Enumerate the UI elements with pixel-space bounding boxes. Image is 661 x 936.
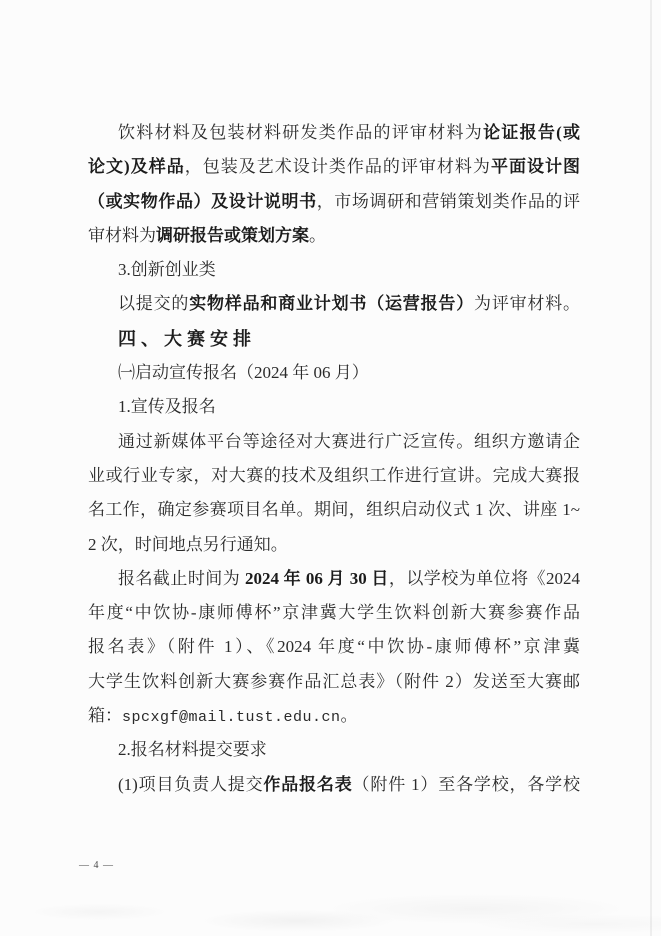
text-run: 2.报名材料提交要求 [118,740,267,759]
bold-text-run: 论文)及样品 [88,157,185,176]
document-line: 以提交的实物样品和商业计划书（运营报告）为评审材料。 [88,287,580,321]
text-run: 饮料材料及包装材料研发类作品的评审材料为 [118,123,483,142]
document-line: 1.宣传及报名 [88,390,580,424]
text-run: ㈠启动宣传报名（2024 年 06 月） [118,363,369,382]
document-line: 名工作，确定参赛项目名单。期间，组织启动仪式 1 次、讲座 1~ [88,493,580,527]
document-line: 2 次，时间地点另行通知。 [88,528,580,562]
document-page: 饮料材料及包装材料研发类作品的评审材料为论证报告(或论文)及样品，包装及艺术设计… [0,0,661,936]
document-line: 2.报名材料提交要求 [88,733,580,767]
document-line: (1)项目负责人提交作品报名表（附件 1）至各学校，各学校 [88,768,580,802]
document-line: 报名表》（附件 1）、《2024 年度“中饮协-康师傅杯”京津冀 [88,630,580,664]
text-run: 1.宣传及报名 [118,397,216,416]
text-run: 以提交的 [118,294,189,313]
text-run: 审材料为 [88,226,156,245]
document-line: 箱：spcxgf@mail.tust.edu.cn。 [88,699,580,733]
page-number: — 4 — [79,860,114,871]
document-line: 饮料材料及包装材料研发类作品的评审材料为论证报告(或 [88,116,580,150]
text-run: 箱： [88,706,122,725]
document-line: 通过新媒体平台等途径对大赛进行广泛宣传。组织方邀请企 [88,425,580,459]
text-run: 2 次，时间地点另行通知。 [88,535,288,554]
text-run: (1)项目负责人提交 [118,775,263,794]
text-run: 3.创新创业类 [118,260,216,279]
document-content: 饮料材料及包装材料研发类作品的评审材料为论证报告(或论文)及样品，包装及艺术设计… [88,116,580,802]
document-line: 年度“中饮协-康师傅杯”京津冀大学生饮料创新大赛参赛作品 [88,596,580,630]
text-run: 。 [341,706,358,725]
bold-text-run: 作品报名表 [263,775,352,794]
text-run: ，市场调研和营销策划类作品的评 [317,192,580,211]
document-line: （或实物作品）及设计说明书，市场调研和营销策划类作品的评 [88,185,580,219]
document-line: 3.创新创业类 [88,253,580,287]
bold-text-run: 调研报告或策划方案 [156,226,309,245]
email-text: spcxgf@mail.tust.edu.cn [122,709,341,726]
bold-text-run: 实物样品和商业计划书（运营报告） [189,294,474,313]
text-run: ，包装及艺术设计类作品的评审材料为 [185,157,491,176]
bold-text-run: 平面设计图 [491,157,580,176]
document-line: ㈠启动宣传报名（2024 年 06 月） [88,356,580,390]
text-run: ，以学校为单位将《2024 [389,569,580,588]
text-run: 为评审材料。 [474,294,580,313]
document-line: 业或行业专家，对大赛的技术及组织工作进行宣讲。完成大赛报 [88,459,580,493]
document-line: 审材料为调研报告或策划方案。 [88,219,580,253]
text-run: 报名截止时间为 [118,569,245,588]
text-run: 名工作，确定参赛项目名单。期间，组织启动仪式 1 次、讲座 1~ [88,500,580,519]
text-run: 报名表》（附件 1）、《2024 年度“中饮协-康师傅杯”京津冀 [88,637,580,656]
text-run: （附件 1）至各学校，各学校 [353,775,580,794]
document-line: 大学生饮料创新大赛参赛作品汇总表》（附件 2）发送至大赛邮 [88,665,580,699]
text-run: 业或行业专家，对大赛的技术及组织工作进行宣讲。完成大赛报 [88,466,580,485]
text-run: 通过新媒体平台等途径对大赛进行广泛宣传。组织方邀请企 [118,432,580,451]
bold-text-run: 论证报告(或 [483,123,580,142]
document-line: 报名截止时间为 2024 年 06 月 30 日，以学校为单位将《2024 [88,562,580,596]
text-run: 。 [309,226,326,245]
text-run: 年度“中饮协-康师傅杯”京津冀大学生饮料创新大赛参赛作品 [88,603,580,622]
scan-edge-artifact [650,0,652,936]
bold-text-run: （或实物作品）及设计说明书 [88,192,317,211]
document-line: 四、大赛安排 [88,322,580,356]
document-line: 论文)及样品，包装及艺术设计类作品的评审材料为平面设计图 [88,150,580,184]
text-run: 大学生饮料创新大赛参赛作品汇总表》（附件 2）发送至大赛邮 [88,672,580,691]
text-run: 四、大赛安排 [118,329,256,349]
scan-noise-artifact [0,876,661,936]
bold-text-run: 2024 年 06 月 30 日 [245,569,389,588]
